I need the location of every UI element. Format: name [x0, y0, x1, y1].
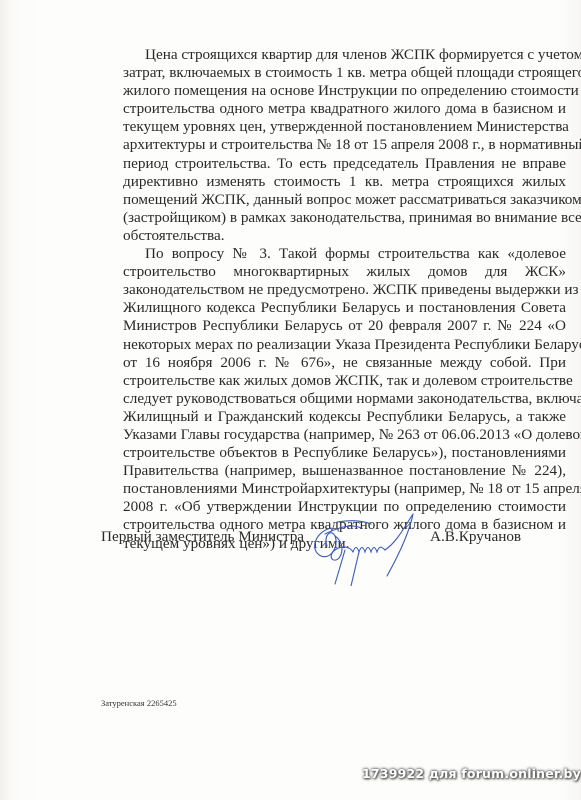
text-line: Правительства (например, вышеназванное п…	[101, 462, 566, 480]
document-page: Цена строящихся квартир для членов ЖСПК …	[0, 0, 581, 800]
text-line: законодательством не предусмотрено. ЖСПК…	[101, 281, 566, 299]
text-line: постановлениями Минстройархитектуры (нап…	[101, 480, 566, 498]
text-line: Указами Главы государства (например, № 2…	[101, 426, 566, 444]
paragraph-price: Цена строящихся квартир для членов ЖСПК …	[101, 46, 566, 245]
text-line: Министров Республики Беларусь от 20 февр…	[101, 317, 566, 335]
text-line: По вопросу № 3. Такой формы строительств…	[101, 245, 566, 263]
letter-body: Цена строящихся квартир для членов ЖСПК …	[101, 46, 566, 553]
text-line: строительстве как жилых домов ЖСПК, так …	[101, 372, 566, 390]
text-line: Жилищный и Гражданский кодексы Республик…	[101, 408, 566, 426]
text-line: Цена строящихся квартир для членов ЖСПК …	[101, 46, 566, 64]
text-line: обстоятельства.	[101, 227, 566, 245]
text-line: строительстве объектов в Республике Бела…	[101, 444, 566, 462]
handwritten-signature-icon	[301, 506, 421, 591]
executor-note: Затуренская 2265425	[101, 698, 177, 708]
forum-watermark: 1739922 для forum.onliner.by	[362, 766, 581, 781]
text-line: от 16 ноября 2006 г. № 676», не связанны…	[101, 354, 566, 372]
text-line: Жилищного кодекса Республики Беларусь и …	[101, 299, 566, 317]
text-line: некоторых мерах по реализации Указа През…	[101, 336, 566, 354]
text-line: директивно изменять стоимость 1 кв. метр…	[101, 173, 566, 191]
text-line: следует руководствоваться общими нормами…	[101, 390, 566, 408]
text-line: строительства одного метра квадратного ж…	[101, 100, 566, 118]
signatory-title: Первый заместитель Министра	[101, 528, 304, 546]
text-line: строительство многоквартирных жилых домо…	[101, 263, 566, 281]
signatory-name: А.В.Кручанов	[430, 528, 521, 546]
text-line: затрат, включаемых в стоимость 1 кв. мет…	[101, 64, 566, 82]
text-line: помещений ЖСПК, данный вопрос может расс…	[101, 191, 566, 209]
text-line: текущем уровнях цен, утвержденной постан…	[101, 118, 566, 136]
text-line: период строительства. То есть председате…	[101, 155, 566, 173]
text-line: архитектуры и строительства № 18 от 15 а…	[101, 136, 566, 154]
text-line: (застройщиком) в рамках законодательства…	[101, 209, 566, 227]
text-line: жилого помещения на основе Инструкции по…	[101, 82, 566, 100]
